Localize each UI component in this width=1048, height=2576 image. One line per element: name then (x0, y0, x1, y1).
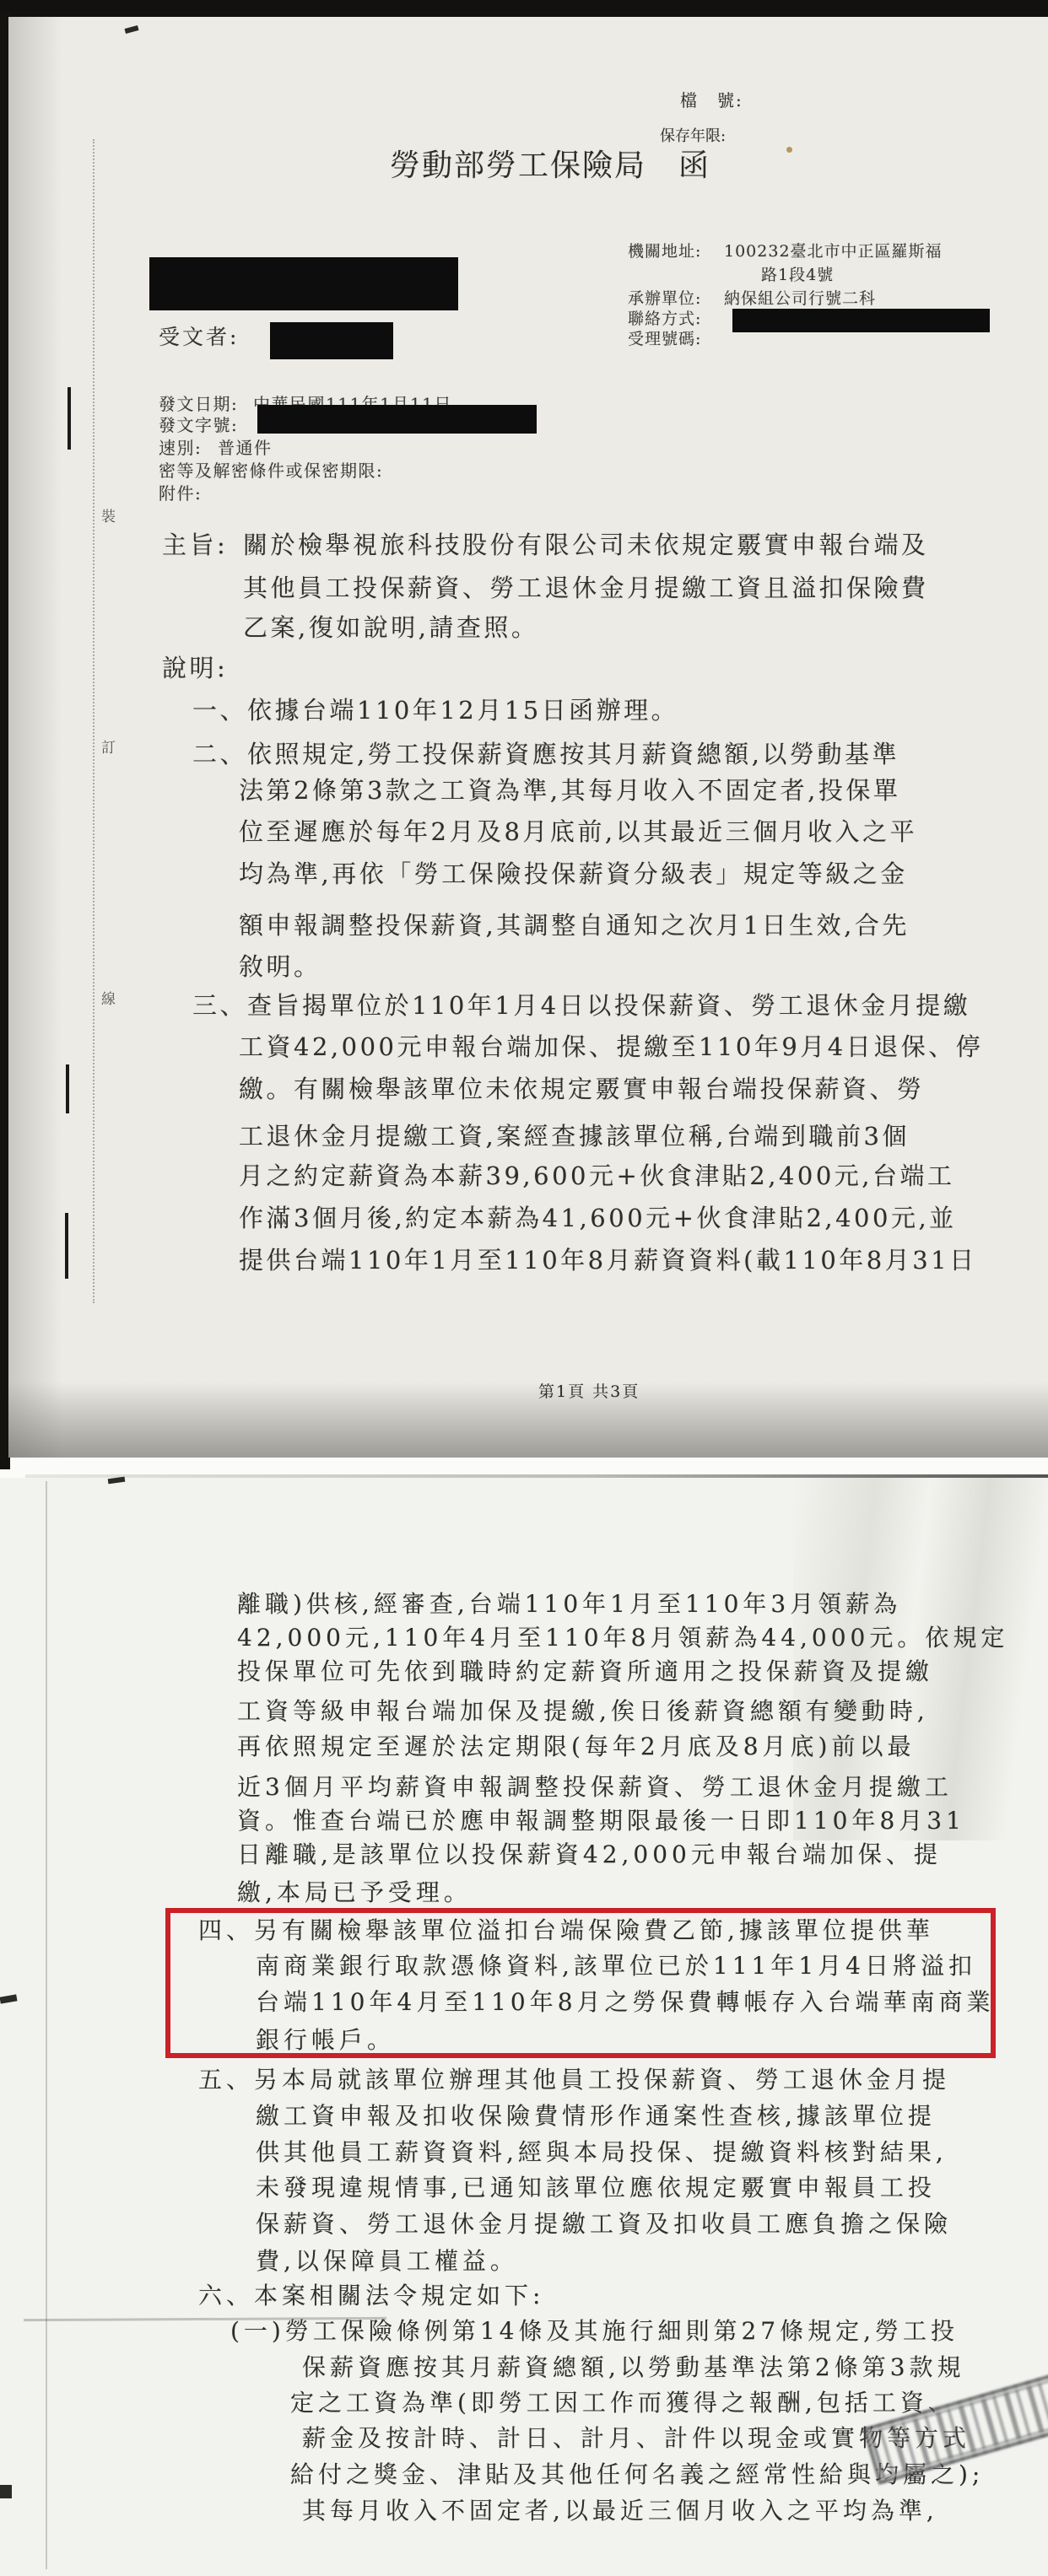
staple-mark (65, 1213, 68, 1279)
binding-mark-ding: 訂 (101, 736, 116, 757)
body-line: 42,000元,110年4月至110年8月領薪為44,000元。依規定 (237, 1625, 1008, 1652)
body-line: 三、查旨揭單位於110年1月4日以投保薪資、勞工退休金月提繳 (192, 992, 970, 1020)
redaction-box-recipient (270, 322, 393, 359)
body-line: 月之約定薪資為本薪39,600元+伙食津貼2,400元,台端工 (239, 1162, 955, 1190)
body-line: 近3個月平均薪資申報調整投保薪資、勞工退休金月提繳工 (237, 1774, 953, 1801)
highlighted-line: 銀行帳戶。 (256, 2027, 395, 2054)
body-line: 一、依據台端110年12月15日函辦理。 (192, 697, 678, 725)
highlighted-line: 四、另有關檢舉該單位溢扣台端保險費乙節,據該單位提供華 (198, 1917, 934, 1944)
body-line: 五、另本局就該單位辦理其他員工投保薪資、勞工退休金月提 (198, 2067, 950, 2094)
paper-spot (786, 147, 792, 153)
case-number-label: 受理號碼: (628, 331, 701, 349)
body-line: 工資等級申報台端加保及提繳,俟日後薪資總額有變動時, (237, 1698, 929, 1725)
body-line: 工資42,000元申報台端加保、提繳至110年9月4日退保、停 (239, 1033, 983, 1061)
body-line: 再依照規定至遲於法定期限(每年2月底及8月底)前以最 (237, 1733, 915, 1760)
scanned-document: 檔 號: 保存年限: 勞動部勞工保險局 函 機關地址: 100232臺北市中正區… (0, 0, 1048, 2576)
body-line: 工退休金月提繳工資,案經查據該單位稱,台端到職前3個 (239, 1123, 910, 1151)
body-line: 定之工資為準(即勞工因工作而獲得之報酬,包括工資、 (290, 2390, 956, 2417)
page-2-fold-line (46, 1481, 47, 2569)
binding-mark-xian: 線 (101, 987, 116, 1008)
retention-label: 保存年限: (660, 128, 726, 146)
send-date-label: 發文日期: (159, 395, 238, 414)
binding-mark-zhuang: 裝 (101, 504, 116, 525)
speed-value: 普通件 (218, 439, 273, 458)
subject-label: 主旨: (162, 531, 228, 559)
contact-method-label: 聯絡方式: (628, 310, 701, 329)
body-line: 未發現違規情事,已通知該單位應依規定覈實申報員工投 (256, 2175, 936, 2201)
subject-line: 其他員工投保薪資、勞工退休金月提繳工資且溢扣保險費 (243, 574, 929, 602)
body-line: 敘明。 (239, 953, 321, 981)
body-line: 位至遲應於每年2月及8月底前,以其最近三個月收入之平 (239, 818, 917, 846)
subject-line: 關於檢舉視旅科技股份有限公司未依規定覈實申報台端及 (243, 531, 929, 559)
body-line: 繳工資申報及扣收保險費情形作通案性查核,據該單位提 (256, 2103, 936, 2130)
body-line: 供其他員工薪資資料,經與本局投保、提繳資料核對結果, (256, 2139, 948, 2166)
body-line: 法第2條第3款之工資為準,其每月收入不固定者,投保單 (239, 777, 900, 805)
body-line: 保薪資、勞工退休金月提繳工資及扣收員工應負擔之保險 (256, 2211, 952, 2238)
document-title: 勞動部勞工保險局 函 (390, 148, 710, 183)
recipient-label: 受文者: (159, 326, 239, 350)
speed-label: 速別: (159, 439, 202, 458)
highlighted-line: 台端110年4月至110年8月之勞保費轉帳存入台端華南商業 (256, 1989, 995, 2016)
handling-unit-value: 納保組公司行號二科 (724, 290, 876, 309)
body-line: 日離職,是該單位以投保薪資42,000元申報台端加保、提 (237, 1841, 942, 1868)
body-line: 作滿3個月後,約定本薪為41,600元+伙食津貼2,400元,並 (239, 1204, 957, 1232)
body-line: 其每月收入不固定者,以最近三個月收入之平均為準, (302, 2498, 938, 2525)
file-number-label: 檔 號: (680, 91, 743, 110)
page-1-bottom-shadow (8, 1382, 1048, 1458)
body-line: 資。惟查台端已於應申報調整期限最後一日即110年8月31 (237, 1808, 965, 1835)
redaction-box-contact (732, 309, 990, 332)
body-line: 提供台端110年1月至110年8月薪資資料(載110年8月31日 (239, 1247, 977, 1275)
body-line: 保薪資應按其月薪資總額,以勞動基準法第2條第3款規 (302, 2354, 965, 2381)
redaction-box (149, 257, 458, 310)
body-line: 六、本案相關法令規定如下: (198, 2282, 544, 2309)
body-line: 投保單位可先依到職時約定薪資所適用之投保薪資及提繳 (237, 1658, 933, 1685)
body-line: 額申報調整投保薪資,其調整自通知之次月1日生效,合先 (239, 912, 910, 940)
staple-mark (66, 1064, 69, 1113)
binding-dotted-line (93, 139, 95, 1303)
secrecy-label: 密等及解密條件或保密期限: (159, 461, 383, 481)
explanation-label: 說明: (162, 655, 228, 682)
redaction-box-doc-number (257, 405, 537, 434)
body-line: 離職)供核,經審查,台端110年1月至110年3月領薪為 (237, 1591, 901, 1618)
handling-unit-label: 承辦單位: (628, 290, 701, 309)
agency-address-line2: 路1段4號 (761, 267, 834, 285)
staple-mark (68, 387, 71, 450)
subject-line: 乙案,復如說明,請查照。 (243, 614, 538, 642)
highlighted-line: 南商業銀行取款憑條資料,該單位已於111年1月4日將溢扣 (256, 1953, 976, 1980)
agency-address-label: 機關地址: (628, 243, 701, 261)
body-line: (一)勞工保險條例第14條及其施行細則第27條規定,勞工投 (230, 2318, 959, 2345)
body-line: 均為準,再依「勞工保險投保薪資分級表」規定等級之金 (239, 860, 908, 888)
body-line: 繳,本局已予受理。 (237, 1879, 472, 1906)
attachment-label: 附件: (159, 484, 202, 504)
agency-address-line1: 100232臺北市中正區羅斯福 (724, 243, 943, 261)
body-line: 二、依照規定,勞工投保薪資應按其月薪資總額,以勞動基準 (192, 741, 899, 768)
page-footer: 第1頁 共3頁 (538, 1383, 640, 1402)
body-line: 繳。有關檢舉該單位未依規定覈實申報台端投保薪資、勞 (239, 1075, 925, 1103)
edge-mark (0, 2485, 12, 2498)
page-1-left-shadow (8, 17, 62, 1458)
body-line: 費,以保障員工權益。 (256, 2248, 518, 2275)
page-1-paper (8, 17, 1048, 1458)
doc-number-label: 發文字號: (159, 416, 238, 435)
